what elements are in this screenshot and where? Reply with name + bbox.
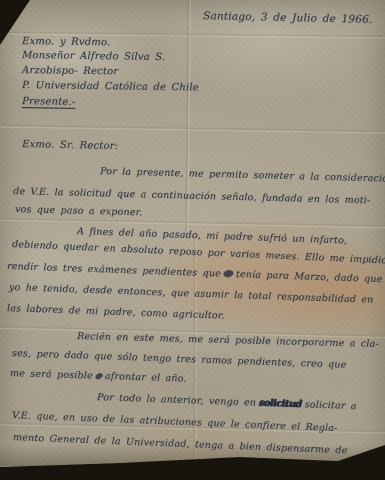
ink-blot-small	[94, 372, 103, 380]
recipient-line-honorific: Exmo. y Rvdmo.	[22, 37, 110, 48]
recipient-line-presente: Presente.-	[22, 97, 76, 108]
body-line-p4-l3: mento General de la Universidad, tenga a…	[13, 433, 348, 456]
body-line-p3-l3: me será posibleafrontar el año.	[10, 369, 187, 384]
body-line-p4-l2: V.E. que, en uso de las atribuciones que…	[12, 411, 338, 434]
body-line-p1-l3: vos que paso a exponer.	[15, 205, 143, 218]
recipient-line-name: Monseñor Alfredo Silva S.	[22, 51, 165, 63]
photo-background: Santiago, 3 de Julio de 1966. Exmo. y Rv…	[0, 0, 385, 480]
recipient-line-institution: P. Universidad Católica de Chile	[22, 81, 199, 93]
horizontal-crease-3	[0, 217, 385, 229]
date-line: Santiago, 3 de Julio de 1966.	[203, 11, 373, 25]
salutation: Exmo. Sr. Rector:	[22, 140, 118, 152]
body-line-p2-l4: yo he tenido, desde entonces, que asumir…	[9, 283, 374, 305]
body-line-p3-l1: Recién en este mes, me será posible inco…	[77, 332, 379, 349]
body-line-p1-l2: de V.E. la solicitud que a continuación …	[13, 187, 371, 206]
body-text-p2-l3-post: tenía para Marzo, dado que	[236, 269, 383, 285]
horizontal-crease-2	[0, 124, 385, 134]
body-line-p1-l1: Por la presente, me permito someter a la…	[100, 167, 385, 184]
body-text-p4-l1-pre: Por todo lo anterior, vengo en	[97, 392, 256, 409]
body-text-p4-l1-post: solicitar a	[304, 399, 356, 412]
overwritten-word: solicitud	[259, 398, 302, 410]
recipient-line-title: Arzobispo- Rector	[22, 66, 118, 77]
body-line-p2-l5: las labores de mi padre, como agricultor…	[7, 304, 225, 321]
body-line-p2-l3: rendir los tres exámenes pendientes quet…	[7, 262, 383, 285]
letter-paper: Santiago, 3 de Julio de 1966. Exmo. y Rv…	[0, 0, 385, 480]
body-text-p2-l3-pre: rendir los tres exámenes pendientes que	[7, 261, 221, 279]
body-line-p4-l1: Por todo lo anterior, vengo ensolicituds…	[97, 393, 357, 412]
body-line-p3-l2: ses, pero dado que sólo tengo tres ramos…	[12, 349, 347, 370]
ink-blot-crossed-word	[222, 269, 235, 279]
body-text-p3-l3-post: afrontar el año.	[105, 371, 187, 385]
body-text-p3-l3-pre: me será posible	[10, 368, 93, 382]
